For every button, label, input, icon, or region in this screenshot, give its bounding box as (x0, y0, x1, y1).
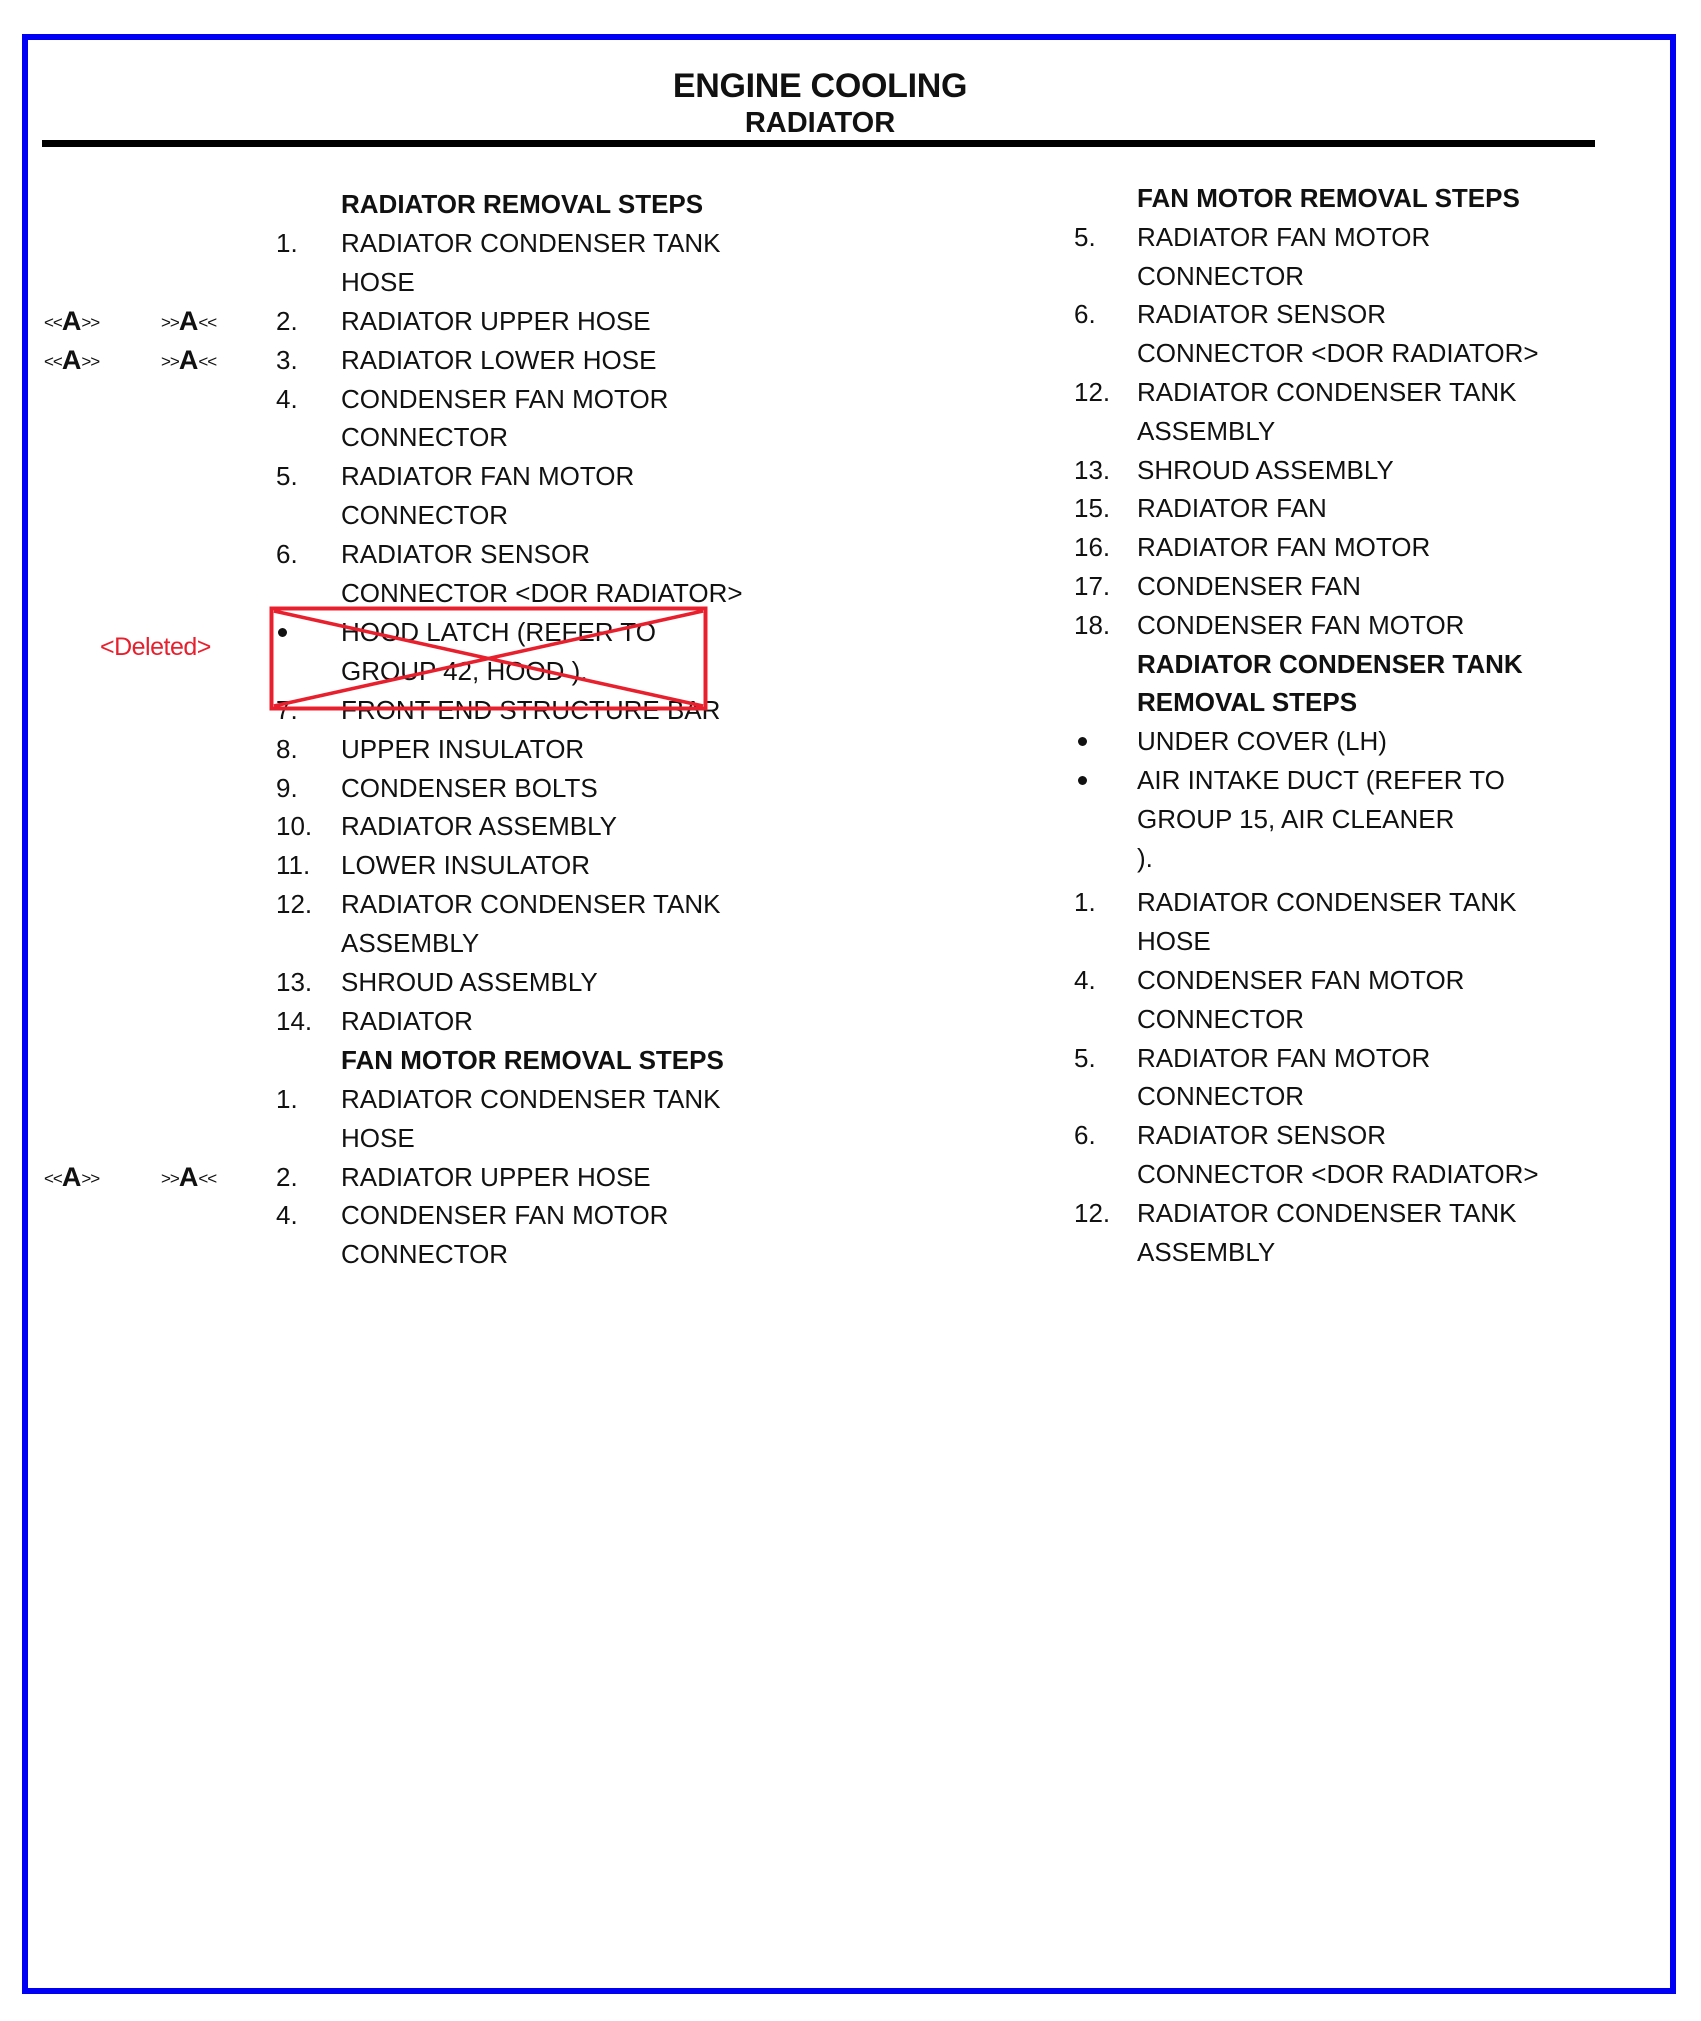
heading-text: FAN MOTOR REMOVAL STEPS (341, 1041, 724, 1080)
step-text: CONDENSER FAN (1137, 567, 1361, 606)
step-number: 4. (276, 380, 298, 419)
step-number: 13. (1074, 451, 1110, 490)
step-number: 17. (1074, 567, 1110, 606)
step-number: 18. (1074, 606, 1110, 645)
step-text: SHROUD ASSEMBLY (341, 963, 598, 1002)
step-text: AIR INTAKE DUCT (REFER TO (1137, 761, 1505, 800)
step-number: 3. (276, 341, 298, 380)
cross-out-icon (270, 607, 707, 710)
step-number: 9. (276, 769, 298, 808)
step-number: 1. (276, 224, 298, 263)
step-number: 1. (276, 1080, 298, 1119)
step-text: CONDENSER BOLTS (341, 769, 598, 808)
page-frame (22, 34, 1676, 1994)
heading-text: REMOVAL STEPS (1137, 683, 1357, 722)
step-number: 5. (1074, 218, 1096, 257)
heading-text: RADIATOR REMOVAL STEPS (341, 185, 703, 224)
step-text: RADIATOR UPPER HOSE (341, 1158, 651, 1197)
step-text: RADIATOR CONDENSER TANK (1137, 1194, 1516, 1233)
step-text: CONNECTOR (341, 1235, 508, 1274)
step-text: CONDENSER FAN MOTOR (1137, 961, 1464, 1000)
step-text: GROUP 15, AIR CLEANER (1137, 800, 1454, 839)
step-text: HOSE (1137, 922, 1211, 961)
step-number: 5. (276, 457, 298, 496)
step-text: CONNECTOR (341, 496, 508, 535)
step-text: CONDENSER FAN MOTOR (1137, 606, 1464, 645)
step-text: RADIATOR SENSOR (1137, 1116, 1386, 1155)
installation-tag: >>A<< (161, 302, 216, 342)
step-text: ASSEMBLY (341, 924, 479, 963)
step-text: RADIATOR (341, 1002, 473, 1041)
step-number: 2. (276, 302, 298, 341)
step-number: 13. (276, 963, 312, 1002)
installation-tag: >>A<< (161, 1158, 216, 1198)
step-number: 12. (1074, 1194, 1110, 1233)
step-number: 2. (276, 1158, 298, 1197)
step-text: SHROUD ASSEMBLY (1137, 451, 1394, 490)
step-number: 4. (276, 1196, 298, 1235)
removal-tag: <<A>> (44, 1158, 99, 1198)
step-text: RADIATOR CONDENSER TANK (341, 1080, 720, 1119)
step-number: 8. (276, 730, 298, 769)
page-title: ENGINE COOLING (0, 66, 1640, 106)
removal-tag: <<A>> (44, 302, 99, 342)
step-text: RADIATOR FAN MOTOR (341, 457, 634, 496)
step-number: 14. (276, 1002, 312, 1041)
step-text: UPPER INSULATOR (341, 730, 584, 769)
step-number: 6. (1074, 295, 1096, 334)
step-text: CONNECTOR (1137, 1000, 1304, 1039)
step-number: 6. (1074, 1116, 1096, 1155)
step-text: LOWER INSULATOR (341, 846, 590, 885)
page-subtitle: RADIATOR (0, 106, 1640, 140)
step-number: 12. (1074, 373, 1110, 412)
step-text: CONNECTOR (1137, 1077, 1304, 1116)
step-text: HOSE (341, 263, 415, 302)
deleted-label: <Deleted> (100, 628, 211, 667)
deleted-strike-box (270, 607, 707, 710)
step-text: RADIATOR CONDENSER TANK (341, 224, 720, 263)
step-number: 1. (1074, 883, 1096, 922)
removal-tag: <<A>> (44, 341, 99, 381)
step-text: RADIATOR CONDENSER TANK (1137, 373, 1516, 412)
step-text: CONDENSER FAN MOTOR (341, 380, 668, 419)
step-text: RADIATOR FAN MOTOR (1137, 528, 1430, 567)
step-text: RADIATOR FAN (1137, 489, 1327, 528)
step-number: 5. (1074, 1039, 1096, 1078)
step-text: RADIATOR FAN MOTOR (1137, 218, 1430, 257)
step-text: ASSEMBLY (1137, 1233, 1275, 1272)
step-number: 15. (1074, 489, 1110, 528)
step-text: RADIATOR FAN MOTOR (1137, 1039, 1430, 1078)
step-text: CONDENSER FAN MOTOR (341, 1196, 668, 1235)
step-text: CONNECTOR <DOR RADIATOR> (1137, 334, 1539, 373)
step-number: 10. (276, 807, 312, 846)
installation-tag: >>A<< (161, 341, 216, 381)
step-text: RADIATOR CONDENSER TANK (341, 885, 720, 924)
step-number: 11. (276, 846, 310, 885)
step-text: ASSEMBLY (1137, 412, 1275, 451)
header-divider (42, 140, 1595, 147)
bullet-icon (1078, 776, 1087, 785)
step-text: RADIATOR CONDENSER TANK (1137, 883, 1516, 922)
step-text: RADIATOR LOWER HOSE (341, 341, 656, 380)
step-text: ). (1137, 839, 1153, 878)
step-text: RADIATOR SENSOR (1137, 295, 1386, 334)
step-text: UNDER COVER (LH) (1137, 722, 1387, 761)
step-number: 4. (1074, 961, 1096, 1000)
step-text: RADIATOR ASSEMBLY (341, 807, 617, 846)
step-text: RADIATOR SENSOR (341, 535, 590, 574)
heading-text: FAN MOTOR REMOVAL STEPS (1137, 179, 1520, 218)
step-text: HOSE (341, 1119, 415, 1158)
heading-text: RADIATOR CONDENSER TANK (1137, 645, 1523, 684)
step-text: CONNECTOR (341, 418, 508, 457)
step-number: 6. (276, 535, 298, 574)
step-text: RADIATOR UPPER HOSE (341, 302, 651, 341)
step-number: 12. (276, 885, 312, 924)
step-number: 16. (1074, 528, 1110, 567)
step-text: CONNECTOR <DOR RADIATOR> (1137, 1155, 1539, 1194)
step-text: CONNECTOR (1137, 257, 1304, 296)
